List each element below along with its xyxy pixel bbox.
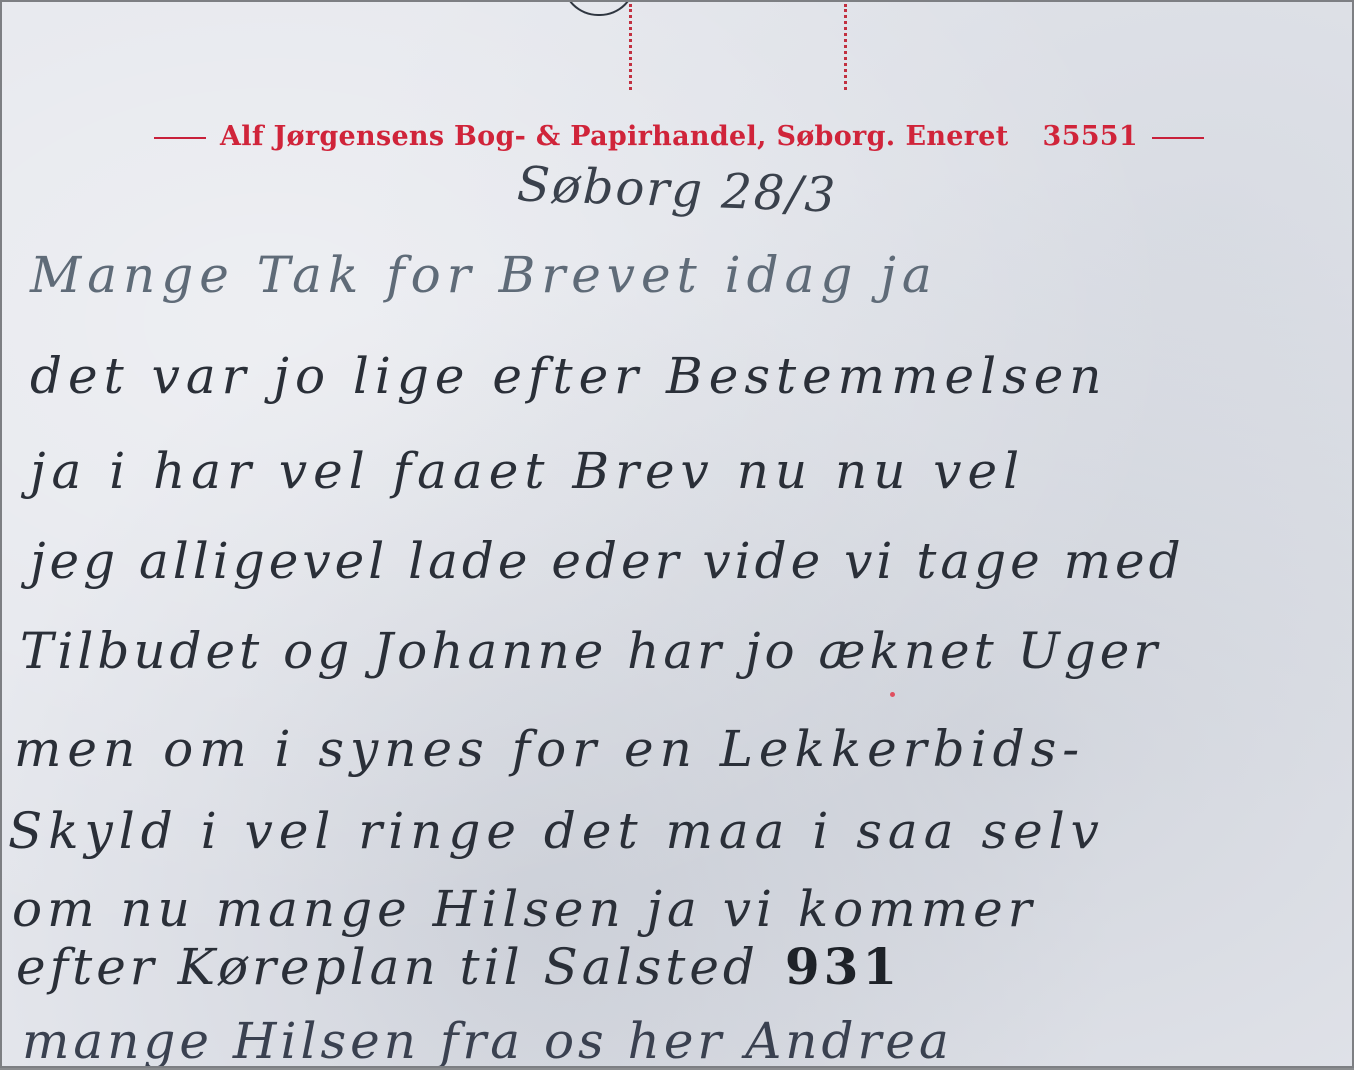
handwritten-line-9: efter Køreplan til Salsted 931 bbox=[16, 937, 901, 996]
handwritten-line-7: Skyld i vel ringe det maa i saa selv bbox=[8, 802, 1105, 860]
handwritten-line-6: men om i synes for en Lekkerbids- bbox=[14, 720, 1085, 778]
handwritten-line-10: mange Hilsen fra os her Andrea bbox=[22, 1012, 953, 1068]
handwritten-line-4: jeg alligevel lade eder vide vi tage med bbox=[30, 532, 1185, 590]
printed-publisher-header: Alf Jørgensens Bog- & Papirhandel, Søbor… bbox=[2, 114, 1354, 158]
header-left-rule bbox=[154, 137, 206, 139]
handwritten-line-5: Tilbudet og Johanne har jo æknet Uger bbox=[20, 622, 1161, 680]
catalog-number: 35551 bbox=[1043, 121, 1138, 152]
handwritten-line-3: ja i har vel faaet Brev nu nu vel bbox=[30, 442, 1025, 500]
postcard: Alf Jørgensens Bog- & Papirhandel, Søbor… bbox=[0, 0, 1354, 1068]
rights-label: Eneret bbox=[905, 121, 1008, 152]
handwritten-line-9-text: efter Køreplan til Salsted bbox=[16, 938, 759, 996]
stamp-guide-line-left bbox=[629, 4, 632, 90]
shop-name: Alf Jørgensens Bog- & Papirhandel, Søbor… bbox=[220, 121, 895, 152]
ink-speck bbox=[890, 692, 895, 697]
stamp-guide-line-right bbox=[844, 4, 847, 90]
handwritten-line-2: det var jo lige efter Bestemmelsen bbox=[30, 347, 1108, 405]
time-note: 931 bbox=[785, 937, 901, 996]
postmark-arc bbox=[562, 0, 636, 16]
handwritten-dateline: Søborg 28/3 bbox=[516, 156, 838, 223]
handwritten-line-8: om nu mange Hilsen ja vi kommer bbox=[12, 880, 1037, 938]
header-right-rule bbox=[1152, 137, 1204, 139]
handwritten-line-1: Mange Tak for Brevet idag ja bbox=[30, 246, 938, 304]
